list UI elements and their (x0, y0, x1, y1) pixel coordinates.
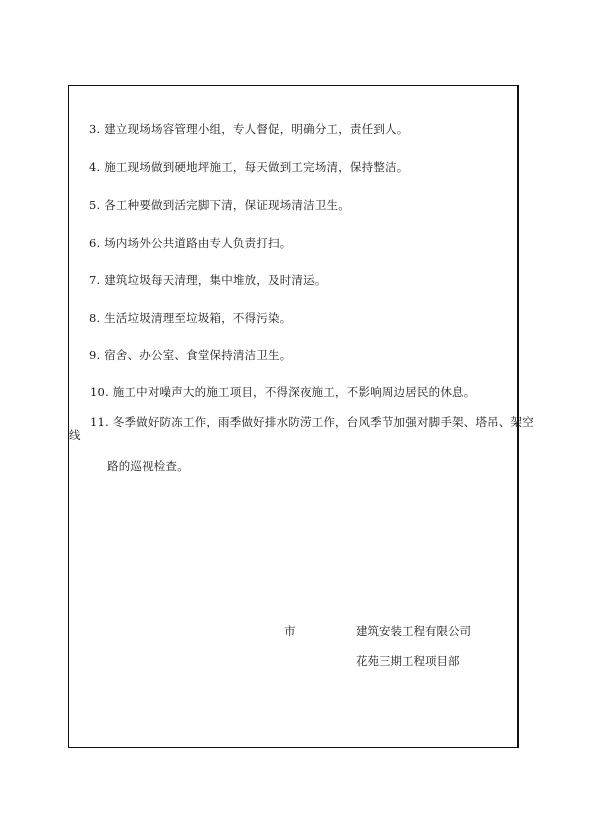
item-5: 5. 各工种要做到活完脚下清，保证现场清洁卫生。 (89, 198, 350, 212)
item-9: 9. 宿舍、办公室、食堂保持清洁卫生。 (89, 348, 291, 362)
item-11-continuation: 路的巡视检查。 (107, 459, 189, 473)
signature-company: 建筑安装工程有限公司 (356, 624, 471, 638)
signature-city: 市 (284, 624, 296, 638)
item-11: 11. 冬季做好防冻工作，雨季做好排水防涝工作，台风季节加强对脚手架、塔吊、架空 (90, 415, 534, 429)
item-8: 8. 生活垃圾清理至垃圾箱，不得污染。 (89, 311, 291, 325)
item-4: 4. 施工现场做到硬地坪施工，每天做到工完场清，保持整洁。 (89, 160, 408, 174)
item-6: 6. 场内场外公共道路由专人负责打扫。 (89, 236, 291, 250)
item-7: 7. 建筑垃圾每天清理，集中堆放，及时清运。 (89, 273, 327, 287)
signature-department: 花苑三期工程项目部 (356, 654, 460, 668)
item-10: 10. 施工中对噪声大的施工项目，不得深夜施工，不影响周边居民的休息。 (90, 385, 475, 399)
item-11-wrap: 线 (69, 428, 81, 442)
item-3: 3. 建立现场场容管理小组，专人督促，明确分工，责任到人。 (89, 122, 408, 136)
